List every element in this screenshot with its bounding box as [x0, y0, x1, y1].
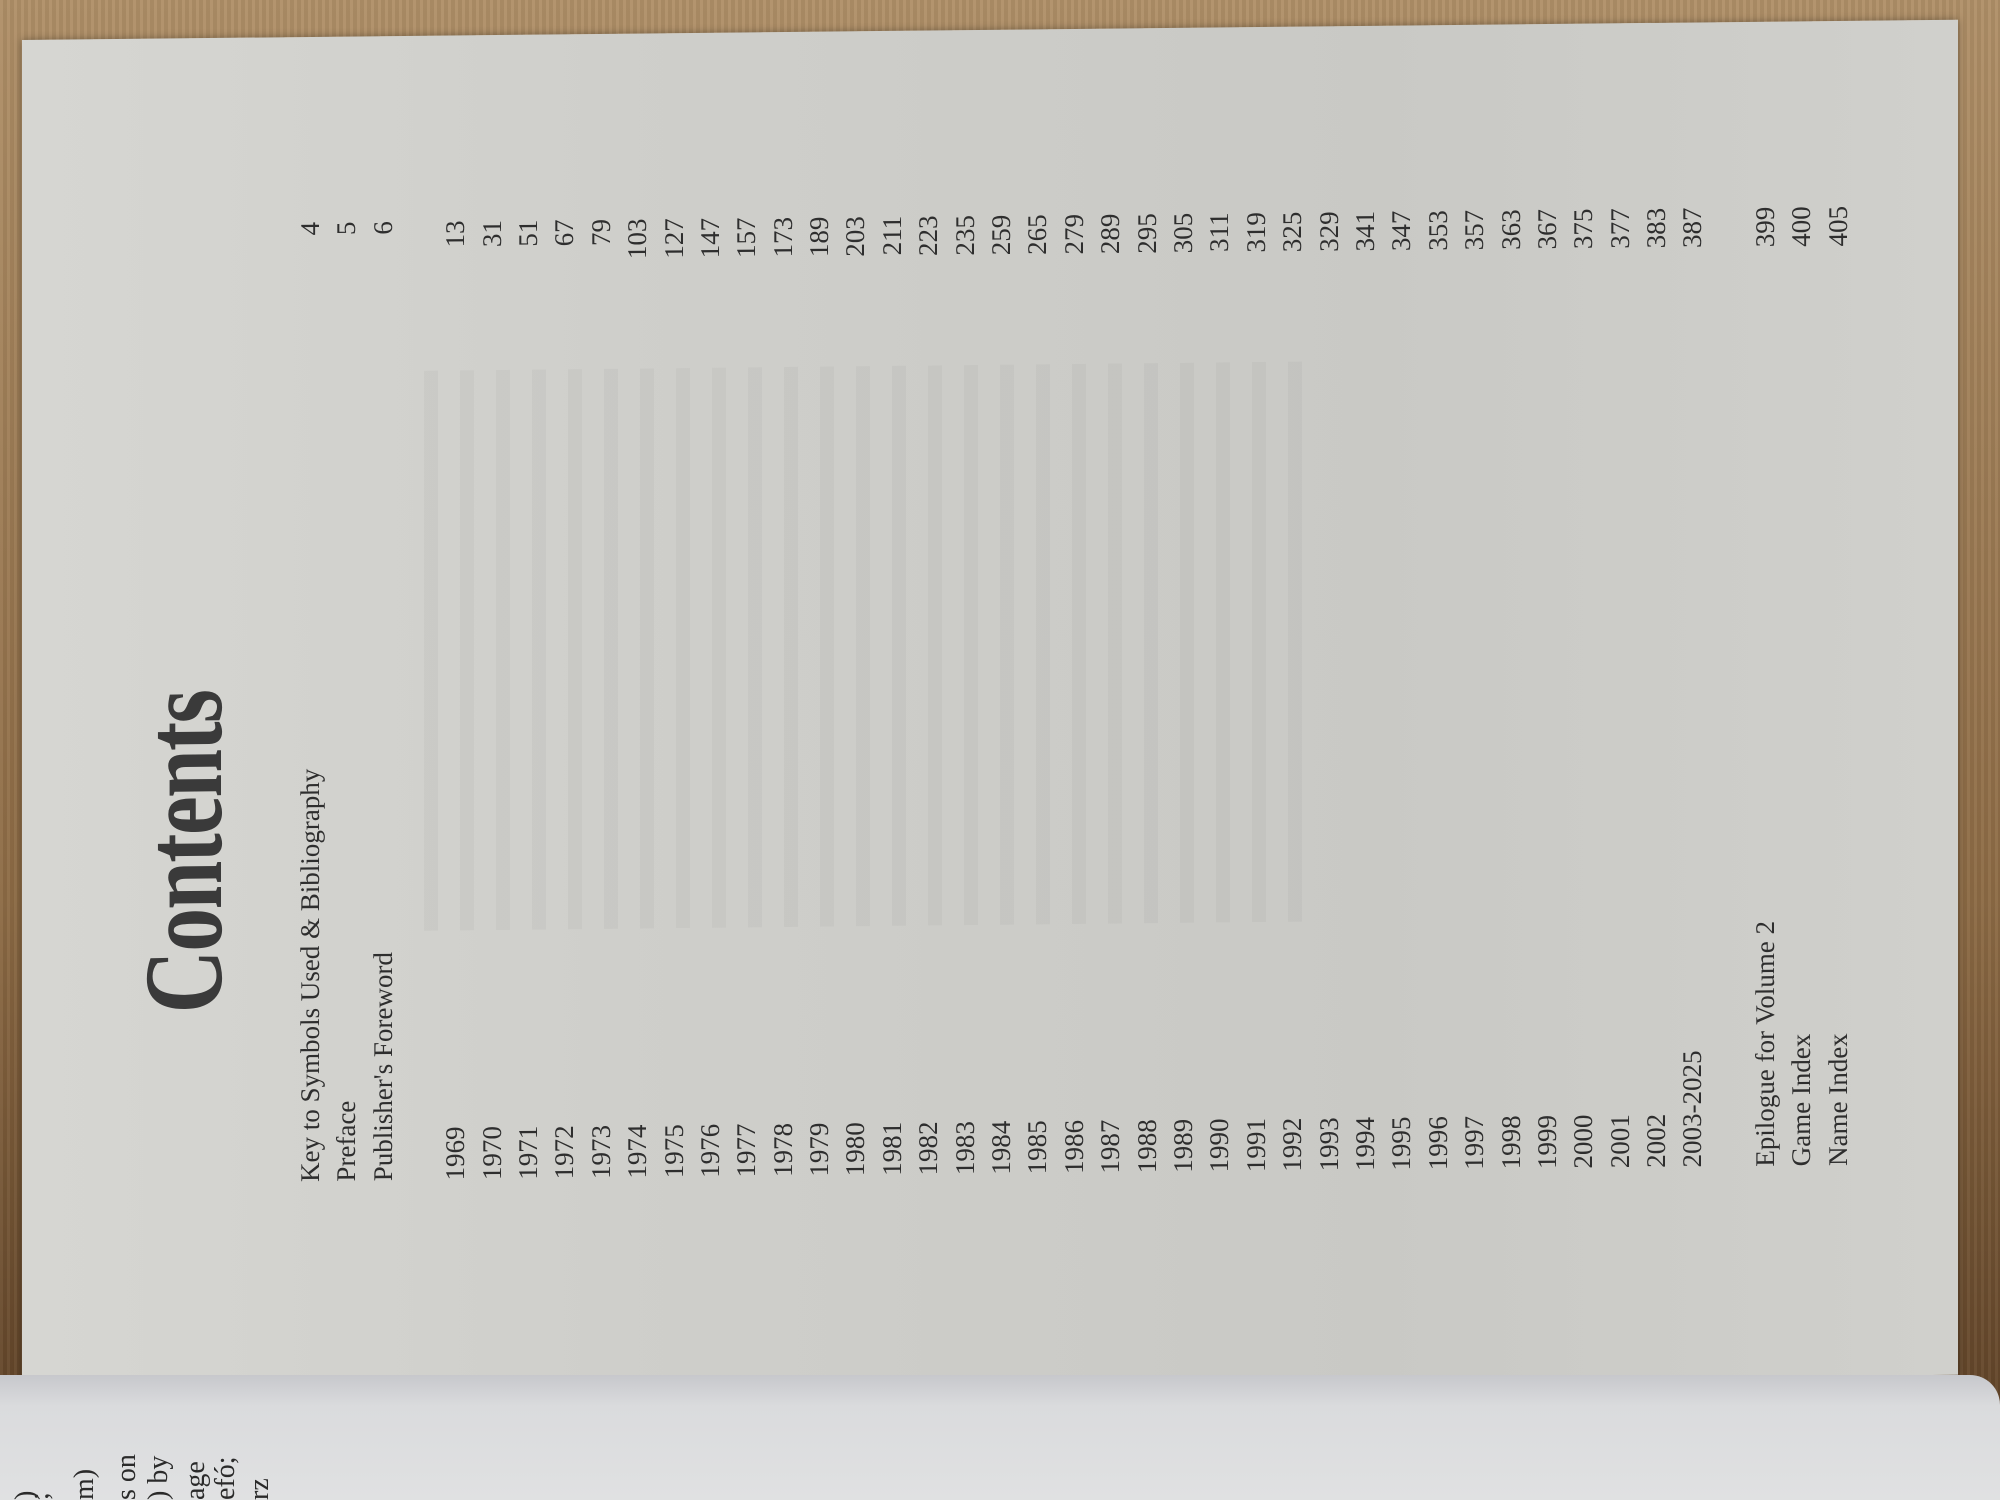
toc-entry-label: 1990 — [1201, 1118, 1237, 1172]
toc-entry-label: 1999 — [1529, 1115, 1565, 1169]
toc-entry-page: 127 — [656, 218, 692, 278]
toc-entry-label: 1972 — [546, 1125, 582, 1179]
toc-entry-page: 329 — [1311, 211, 1347, 271]
toc-entry-page: 305 — [1165, 213, 1201, 273]
toc-entry-page: 367 — [1529, 209, 1565, 269]
toc-entry: 2003-2025387 — [1674, 207, 1710, 1167]
toc-entry: 1984259 — [983, 215, 1019, 1175]
toc-entry-label: 1969 — [437, 1126, 473, 1180]
toc-entry-page: 295 — [1129, 213, 1165, 273]
toc-entry-page: 353 — [1420, 210, 1456, 270]
toc-entry: 1996353 — [1420, 210, 1456, 1170]
contents-page: Contents Key to Symbols Used & Bibliogra… — [22, 20, 1958, 1395]
facing-page-fragment: rz — [244, 1478, 276, 1500]
toc-entry: 2001377 — [1602, 208, 1638, 1168]
section-gap — [1711, 207, 1747, 1167]
toc-entry: 1986279 — [1056, 214, 1092, 1174]
toc-entry-page: 363 — [1493, 209, 1529, 269]
section-gap — [401, 221, 437, 1181]
toc-entry-label: 1987 — [1092, 1119, 1128, 1173]
toc-entry-label: 1994 — [1347, 1117, 1383, 1171]
toc-entry-label: 1976 — [692, 1124, 728, 1178]
toc-entry-page: 375 — [1565, 208, 1601, 268]
table-of-contents: Key to Symbols Used & Bibliography 4 Pre… — [292, 206, 1856, 1182]
toc-entry-label: Preface — [328, 1100, 364, 1181]
toc-entry: 1993329 — [1311, 211, 1347, 1171]
toc-entry-page: 103 — [619, 218, 655, 278]
toc-entry: 197151 — [510, 220, 546, 1180]
toc-entry: 1994341 — [1347, 211, 1383, 1171]
toc-entry-page: 4 — [292, 222, 328, 282]
toc-entry-label: 1978 — [765, 1123, 801, 1177]
toc-entry-label: 1986 — [1056, 1120, 1092, 1174]
toc-entry-label: 1998 — [1493, 1115, 1529, 1169]
toc-entry: 1981211 — [874, 216, 910, 1176]
toc-entry: 1990311 — [1201, 212, 1237, 1172]
toc-entry: 197379 — [583, 219, 619, 1179]
toc-entry-page: 377 — [1602, 208, 1638, 268]
toc-entry-page: 399 — [1747, 207, 1783, 267]
toc-entry-page: 319 — [1238, 212, 1274, 272]
toc-entry: 197031 — [474, 220, 510, 1180]
toc-entry-page: 235 — [947, 215, 983, 275]
toc-entry: 1978173 — [765, 217, 801, 1177]
toc-entry-page: 13 — [437, 220, 473, 280]
toc-entry-label: 1993 — [1311, 1117, 1347, 1171]
toc-entry: 1985265 — [1019, 214, 1055, 1174]
toc-entry: 1977157 — [728, 217, 764, 1177]
toc-entry-page: 51 — [510, 220, 546, 280]
toc-entry: 1995347 — [1383, 210, 1419, 1170]
toc-entry-page: 6 — [365, 221, 401, 281]
toc-entry: 1975127 — [656, 218, 692, 1178]
toc-entry: Key to Symbols Used & Bibliography 4 — [292, 222, 328, 1182]
toc-entry-label: 1989 — [1165, 1119, 1201, 1173]
toc-entry-label: 1997 — [1456, 1116, 1492, 1170]
toc-entry: 2002383 — [1638, 208, 1674, 1168]
toc-entry-page: 405 — [1820, 206, 1856, 266]
toc-entry-label: Game Index — [1783, 1033, 1819, 1166]
toc-entry-label: 1983 — [947, 1121, 983, 1175]
toc-entry: 1976147 — [692, 218, 728, 1178]
toc-entry: 1982223 — [910, 215, 946, 1175]
toc-entry-label: 1975 — [656, 1124, 692, 1178]
toc-entry-page: 387 — [1674, 207, 1710, 267]
toc-entry-label: 2003-2025 — [1674, 1050, 1710, 1167]
toc-entry-page: 67 — [546, 219, 582, 279]
toc-entry-label: 1982 — [910, 1121, 946, 1175]
facing-page-fragment: ; — [24, 1492, 56, 1500]
toc-entry-label: Key to Symbols Used & Bibliography — [292, 769, 328, 1183]
toc-entry: 1997357 — [1456, 210, 1492, 1170]
facing-page-fragment: age — [180, 1461, 212, 1500]
toc-entry-page: 357 — [1456, 210, 1492, 270]
toc-entry-page: 189 — [801, 216, 837, 276]
toc-entry: 1999367 — [1529, 209, 1565, 1169]
toc-entry-label: 1988 — [1129, 1119, 1165, 1173]
toc-entry: 197267 — [546, 219, 582, 1179]
facing-page-fragment: s on — [111, 1454, 143, 1500]
toc-entry-page: 400 — [1783, 206, 1819, 266]
toc-entry-label: 1985 — [1019, 1120, 1055, 1174]
page-content: Contents Key to Symbols Used & Bibliogra… — [22, 20, 1958, 1395]
toc-entry-page: 325 — [1274, 212, 1310, 272]
toc-entry-label: Epilogue for Volume 2 — [1747, 921, 1783, 1167]
toc-entry-label: 1977 — [728, 1123, 764, 1177]
toc-entry-label: 1992 — [1274, 1118, 1310, 1172]
toc-entry-label: 2001 — [1602, 1114, 1638, 1168]
toc-entry: Name Index 405 — [1820, 206, 1856, 1166]
toc-entry-page: 203 — [837, 216, 873, 276]
toc-entry-label: Name Index — [1820, 1033, 1856, 1166]
toc-entry-page: 259 — [983, 215, 1019, 275]
toc-entry-page: 347 — [1383, 210, 1419, 270]
toc-entry: 1989305 — [1165, 213, 1201, 1173]
facing-page-text: );m)s on) byageefó;rz — [0, 1375, 2000, 1500]
toc-entry-label: 2002 — [1638, 1114, 1674, 1168]
toc-entry: 1987289 — [1092, 213, 1128, 1173]
toc-entry-page: 311 — [1201, 212, 1237, 272]
toc-entry-label: 1973 — [583, 1125, 619, 1179]
toc-entry-page: 31 — [474, 220, 510, 280]
toc-entry-label: 1979 — [801, 1122, 837, 1176]
toc-entry-label: 1995 — [1383, 1116, 1419, 1170]
facing-page-fragment: m) — [69, 1469, 101, 1500]
toc-entry-page: 79 — [583, 219, 619, 279]
back-matter-section: Epilogue for Volume 2 399 Game Index 400… — [1747, 206, 1856, 1167]
toc-entry-page: 211 — [874, 216, 910, 276]
toc-entry-page: 223 — [910, 215, 946, 275]
toc-entry-label: 1981 — [874, 1122, 910, 1176]
toc-entry: 1983235 — [947, 215, 983, 1175]
toc-entry-page: 265 — [1019, 214, 1055, 274]
toc-entry-label: 1991 — [1238, 1118, 1274, 1172]
toc-entry: 1979189 — [801, 216, 837, 1176]
toc-entry-label: 1996 — [1420, 1116, 1456, 1170]
toc-entry-page: 279 — [1056, 214, 1092, 274]
toc-entry-label: 2000 — [1565, 1114, 1601, 1168]
toc-entry-label: 1984 — [983, 1121, 1019, 1175]
toc-entry: 1992325 — [1274, 212, 1310, 1172]
toc-entry: Publisher's Foreword 6 — [365, 221, 401, 1181]
toc-entry: 2000375 — [1565, 208, 1601, 1168]
toc-entry: 1998363 — [1493, 209, 1529, 1169]
toc-entry-page: 157 — [728, 217, 764, 277]
toc-entry: Preface 5 — [328, 221, 364, 1181]
facing-page: );m)s on) byageefó;rz — [0, 1375, 2000, 1500]
toc-entry-page: 341 — [1347, 211, 1383, 271]
toc-entry-label: 1970 — [474, 1126, 510, 1180]
toc-entry: 196913 — [437, 220, 473, 1180]
toc-entry-page: 147 — [692, 218, 728, 278]
toc-entry-page: 289 — [1092, 213, 1128, 273]
toc-entry: 1974103 — [619, 218, 655, 1178]
toc-entry-label: Publisher's Foreword — [365, 952, 401, 1181]
years-section: 1969131970311971511972671973791974103197… — [437, 207, 1711, 1180]
toc-entry-page: 5 — [328, 221, 364, 281]
toc-entry-page: 173 — [765, 217, 801, 277]
toc-entry: 1991319 — [1238, 212, 1274, 1172]
toc-entry-label: 1971 — [510, 1126, 546, 1180]
front-matter-section: Key to Symbols Used & Bibliography 4 Pre… — [292, 221, 401, 1182]
toc-entry: 1980203 — [837, 216, 873, 1176]
facing-page-fragment: efó; — [210, 1456, 242, 1500]
toc-entry: Epilogue for Volume 2 399 — [1747, 207, 1783, 1167]
facing-page-fragment: ) by — [143, 1456, 175, 1500]
toc-entry-label: 1974 — [619, 1124, 655, 1178]
page-title: Contents — [120, 690, 249, 1014]
toc-entry-label: 1980 — [837, 1122, 873, 1176]
toc-entry: Game Index 400 — [1783, 206, 1819, 1166]
toc-entry: 1988295 — [1129, 213, 1165, 1173]
toc-entry-page: 383 — [1638, 208, 1674, 268]
